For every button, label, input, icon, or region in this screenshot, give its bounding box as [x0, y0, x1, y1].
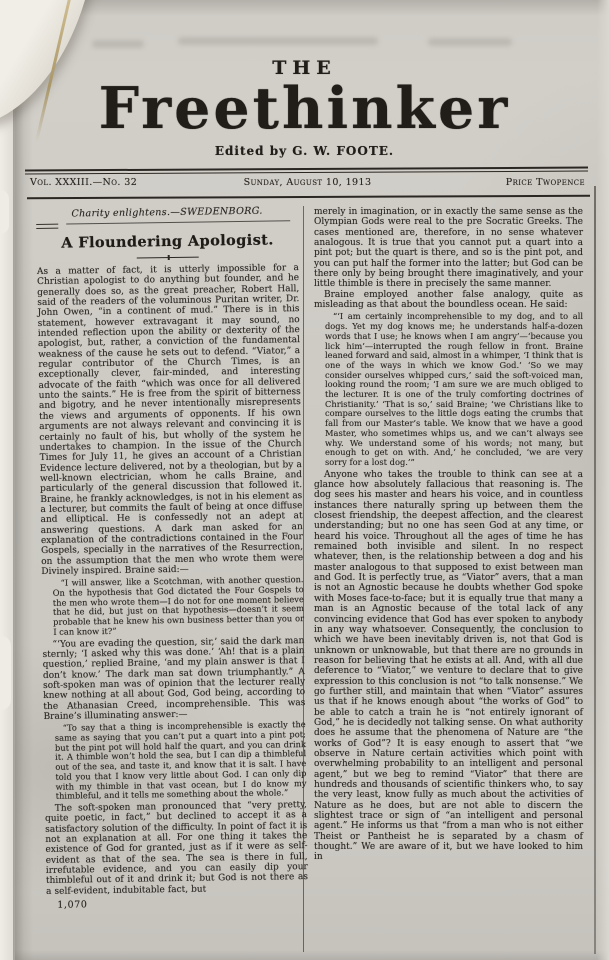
article-blockquote: “To say that a thing is incomprehensible… — [55, 720, 307, 801]
page-number: 1,070 — [57, 896, 308, 911]
issue-date: Sunday, August 10, 1913 — [30, 177, 585, 188]
bleed-through-smudge — [428, 38, 512, 46]
torn-edge-notch — [0, 190, 9, 234]
article-blockquote: “‘I am certainly incomprehensible to my … — [325, 312, 583, 467]
article-paragraph: Anyone who takes the trouble to think ca… — [314, 470, 583, 863]
bleed-through-smudge — [92, 40, 144, 48]
bleed-through-smudge — [178, 37, 378, 45]
right-column: merely in imagination, or in exactly the… — [314, 207, 583, 863]
article-paragraph: merely in imagination, or in exactly the… — [314, 207, 583, 290]
article-paragraph: Braine employed another false analogy, q… — [314, 290, 583, 311]
masthead-byline: Edited by G. W. FOOTE. — [0, 144, 609, 158]
motto-rule — [66, 220, 290, 224]
title-divider — [137, 257, 199, 259]
right-page-edge — [597, 0, 609, 960]
torn-edge-notch — [0, 636, 11, 710]
article-title: A Floundering Apologist. — [36, 231, 298, 252]
issue-bar-rule — [27, 195, 590, 199]
article-paragraph: The soft-spoken man pronounced that “ver… — [45, 800, 308, 897]
masthead-double-rule — [25, 167, 588, 175]
binding-crease-shadow — [13, 0, 33, 960]
publication-title: Freethinker — [0, 80, 609, 137]
right-edge-line — [594, 186, 596, 954]
motto-block: Charity enlightens.—SWEDENBORG. — [36, 205, 298, 225]
motto-rule-fragment — [36, 224, 58, 229]
bottom-edge-shadow — [0, 950, 609, 960]
article-paragraph: “‘You are evading the question, sir,’ sa… — [42, 636, 305, 723]
article-paragraph: As a matter of fact, it is utterly impos… — [37, 263, 304, 577]
masthead: THE Freethinker Edited by G. W. FOOTE. — [0, 0, 609, 158]
issue-bar: Vol. XXXIII.—No. 32 Sunday, August 10, 1… — [30, 177, 585, 191]
motto: Charity enlightens.—SWEDENBORG. — [36, 205, 298, 220]
issue-price: Price Twopence — [506, 177, 585, 188]
top-edge-shadow — [0, 0, 609, 16]
scanned-newspaper-page: THE Freethinker Edited by G. W. FOOTE. V… — [0, 0, 609, 960]
left-column: Charity enlightens.—SWEDENBORG. A Flound… — [36, 205, 308, 911]
article-blockquote: “I will answer, like a Scotchman, with a… — [52, 575, 304, 637]
